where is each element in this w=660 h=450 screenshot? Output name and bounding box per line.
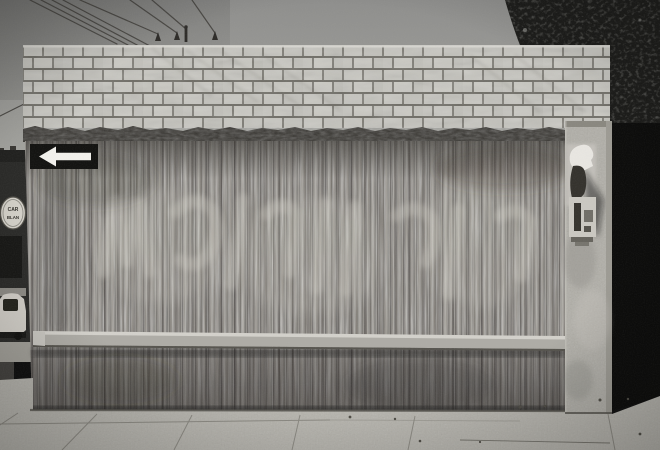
photo-canvas: CAR BLAN (0, 0, 660, 450)
vignette (0, 0, 660, 450)
photograph: CAR BLAN (0, 0, 660, 450)
